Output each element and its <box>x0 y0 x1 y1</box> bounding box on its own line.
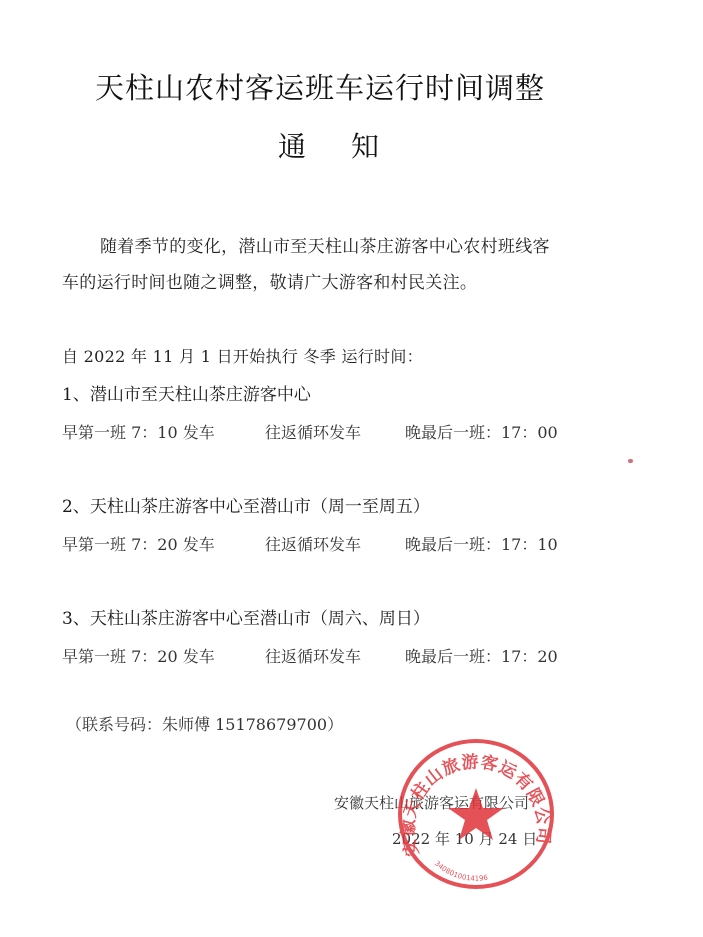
first-departure: 早第一班 7：20 发车 <box>62 644 215 667</box>
route-2-schedule: 早第一班 7：20 发车 往返循环发车 晚最后一班：17：10 <box>0 532 703 554</box>
intro-line-1: 随着季节的变化，潜山市至天柱山茶庄游客中心农村班线客 <box>100 232 550 257</box>
loop-departure: 往返循环发车 <box>265 644 361 667</box>
notice-subtitle: 通知 <box>278 125 379 165</box>
scan-speck <box>628 459 633 463</box>
loop-departure: 往返循环发车 <box>265 420 361 443</box>
route-2-title: 2、天柱山茶庄游客中心至潜山市（周一至周五） <box>62 492 430 517</box>
first-departure: 早第一班 7：20 发车 <box>62 532 215 555</box>
official-seal-icon: 安徽天柱山旅游客运有限公司 3408010014196 <box>395 736 557 892</box>
last-departure: 晚最后一班：17：00 <box>405 420 558 443</box>
intro-line-2: 车的运行时间也随之调整，敬请广大游客和村民关注。 <box>62 268 477 293</box>
route-3-title: 3、天柱山茶庄游客中心至潜山市（周六、周日） <box>62 604 430 629</box>
contact-info: （联系号码：朱师傅 15178679700） <box>66 712 343 735</box>
route-3-schedule: 早第一班 7：20 发车 往返循环发车 晚最后一班：17：20 <box>0 644 703 666</box>
last-departure: 晚最后一班：17：20 <box>405 644 558 667</box>
effective-date: 自 2022 年 11 月 1 日开始执行 冬季 运行时间： <box>62 344 423 367</box>
loop-departure: 往返循环发车 <box>265 532 361 555</box>
first-departure: 早第一班 7：10 发车 <box>62 420 215 443</box>
subtitle-char-2: 知 <box>351 125 379 165</box>
last-departure: 晚最后一班：17：10 <box>405 532 558 555</box>
route-1-title: 1、潜山市至天柱山茶庄游客中心 <box>62 380 311 405</box>
subtitle-char-1: 通 <box>278 125 306 165</box>
route-1-schedule: 早第一班 7：10 发车 往返循环发车 晚最后一班：17：00 <box>0 420 703 442</box>
seal-star-icon <box>448 788 504 840</box>
notice-title: 天柱山农村客运班车运行时间调整 <box>95 66 545 107</box>
